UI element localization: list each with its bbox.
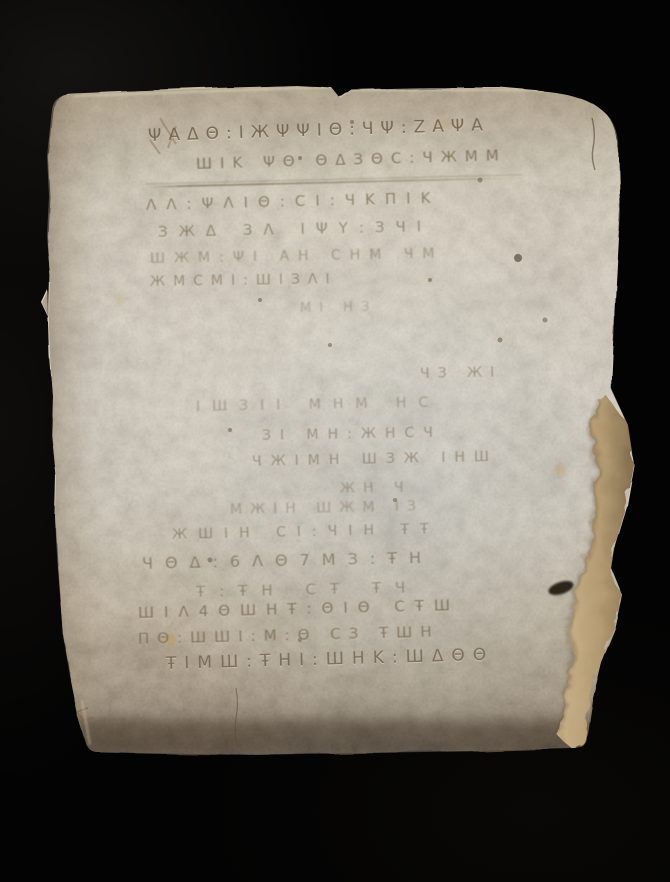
engraved-divider-line bbox=[146, 177, 522, 188]
inscription-row: ΛΛ:ΨΛΙΘ:CΙ:ЧΚΠΙΚ bbox=[146, 189, 441, 214]
inscription-row: ΨΑΔΘ:ΙЖΨΨΙΘ:ЧΨ:ΖΑΨΑ bbox=[148, 115, 490, 146]
inscription-layer: ΨΑΔΘ:ΙЖΨΨΙΘ:ЧΨ:ΖΑΨΑ ШΙΚ ΨΘ ΘΔЗΘC:ЧЖMM ΛΛ… bbox=[0, 0, 670, 882]
inscription-row: ŦΙMШ:ŦΗΙ:ШΗΚ:ШΔΘΘ bbox=[166, 645, 495, 674]
inscription-row: ЖΗ Ч bbox=[340, 480, 412, 497]
inscription-row: ЧЖΙMΗ ШЗЖ ΙΗШ bbox=[252, 449, 498, 470]
inscription-row: MΙ ΗЗ bbox=[300, 300, 377, 316]
inscription-row: ЗΙ MΗ:ЖΗCЧ bbox=[262, 425, 442, 444]
inscription-row: ШЖM:ΨΙ ΑΗ CΗM ЧM bbox=[150, 246, 444, 267]
inscription-row: ЗЖΔ ЗΛ ΙΨΥ:ЗЧΙ bbox=[158, 217, 433, 241]
inscription-row: ЧЗ ЖΙ bbox=[420, 365, 503, 382]
inscription-row: MЖΙΗ ШЖM ΙЗ bbox=[230, 499, 424, 518]
inscription-row: ΠΘ:ШШΙ:M:Θ CЗ ŦШΗ bbox=[138, 623, 440, 648]
inscription-row: ΙШЗΙΙ MΗM ΗC bbox=[196, 395, 440, 415]
inscription-row: ЖШΙΗ CΙ:ЧΙΗ ŦŦ bbox=[172, 521, 440, 543]
photo-stage: ΨΑΔΘ:ΙЖΨΨΙΘ:ЧΨ:ΖΑΨΑ ШΙΚ ΨΘ ΘΔЗΘC:ЧЖMM ΛΛ… bbox=[0, 0, 670, 882]
inscription-row: ШΙΛ4ΘШΗŦ:ΘΙΘ CŦШ bbox=[138, 596, 460, 622]
inscription-row: ШΙΚ ΨΘ ΘΔЗΘC:ЧЖMM bbox=[196, 146, 507, 173]
inscription-row: ЧΘΔ:6ΛΘ7MЗ:ŦΗ bbox=[142, 548, 433, 573]
inscription-row: ЖMCMΙ:ШΙЗΛΙ bbox=[150, 271, 338, 290]
